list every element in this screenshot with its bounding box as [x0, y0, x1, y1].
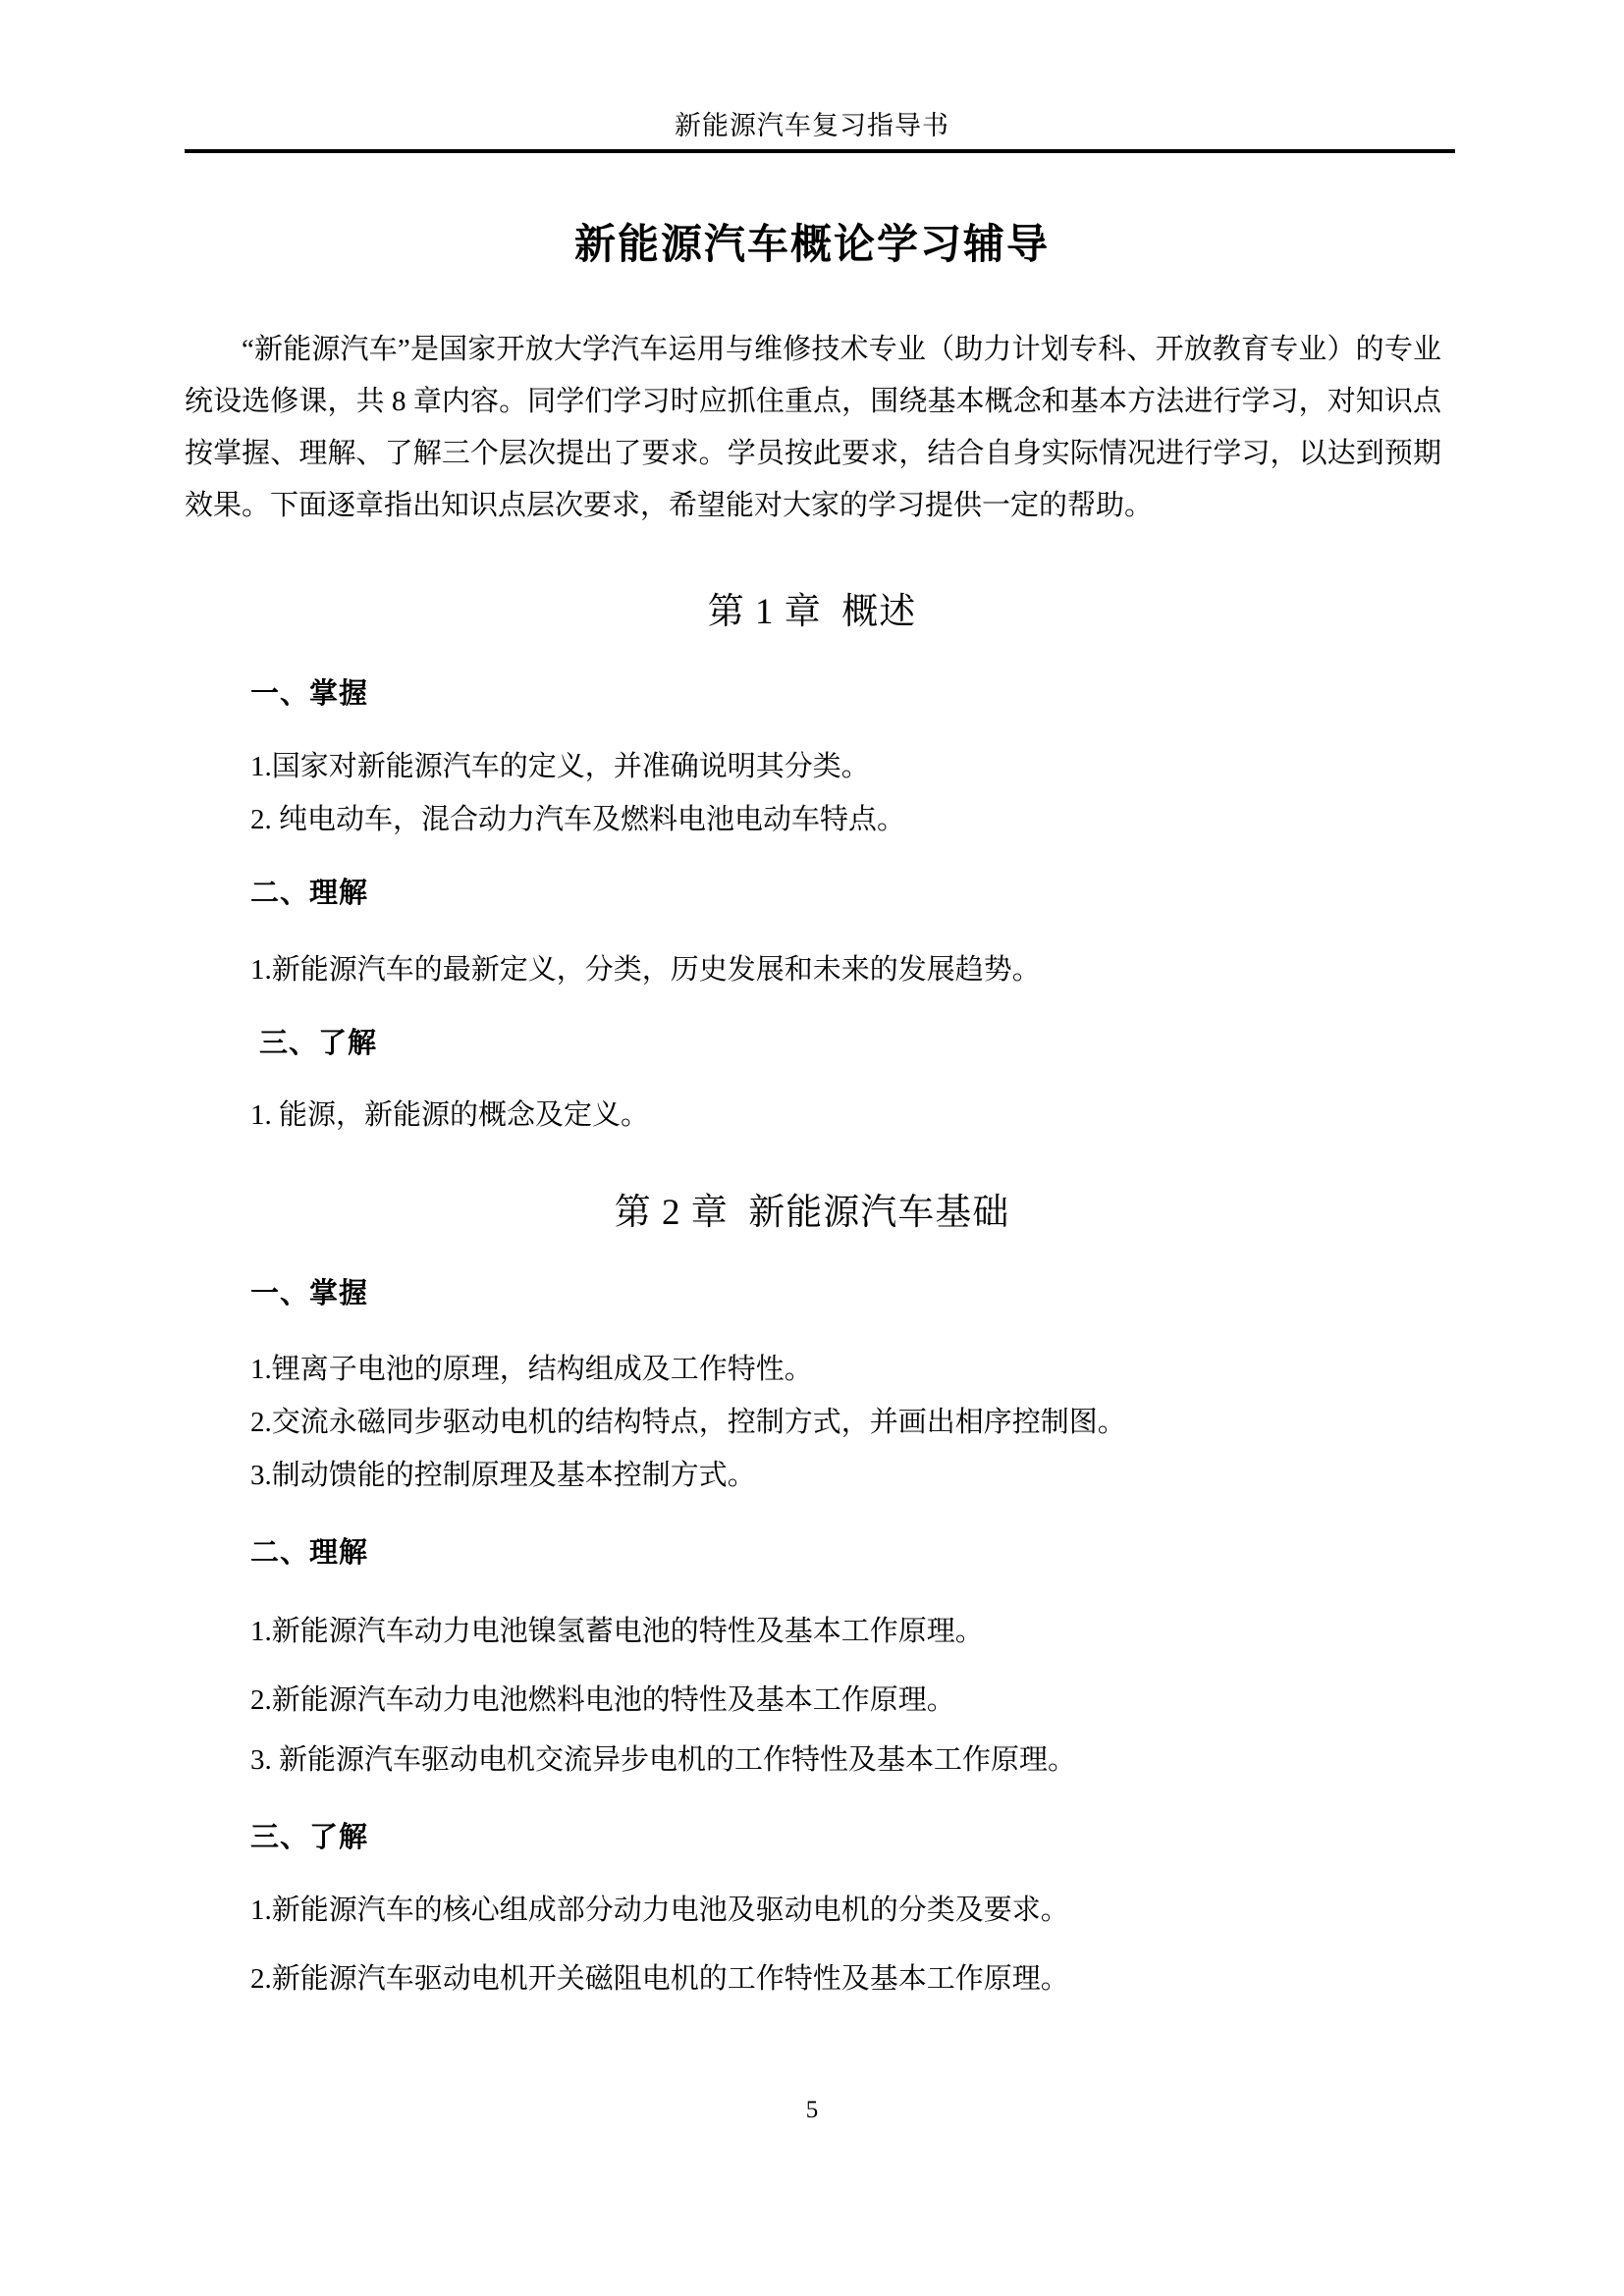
- list-item: 1.国家对新能源汽车的定义，并准确说明其分类。: [250, 748, 1448, 785]
- list-item: 1.新能源汽车的最新定义，分类，历史发展和未来的发展趋势。: [250, 951, 1448, 988]
- list-item: 1.锂离子电池的原理，结构组成及工作特性。: [250, 1351, 1448, 1388]
- list-item: 2.交流永磁同步驱动电机的结构特点，控制方式，并画出相序控制图。: [250, 1404, 1448, 1441]
- running-header: 新能源汽车复习指导书: [0, 108, 1624, 143]
- list-item: 2.新能源汽车驱动电机开关磁阻电机的工作特性及基本工作原理。: [250, 1960, 1448, 1998]
- header-rule: [185, 149, 1455, 153]
- chapter-1-section-understand-heading: 二、理解: [250, 875, 368, 912]
- running-header-text: 新能源汽车复习指导书: [675, 111, 949, 140]
- list-item: 3. 新能源汽车驱动电机交流异步电机的工作特性及基本工作原理。: [250, 1741, 1448, 1779]
- chapter-1-title: 第 1 章 概述: [0, 581, 1624, 634]
- chapter-1-section-grasp-heading: 一、掌握: [250, 675, 368, 713]
- list-item: 1.新能源汽车的核心组成部分动力电池及驱动电机的分类及要求。: [250, 1892, 1448, 1929]
- chapter-2-title: 第 2 章 新能源汽车基础: [0, 1182, 1624, 1235]
- chapter-2-section-understand-heading: 二、理解: [250, 1534, 368, 1572]
- document-page: 新能源汽车复习指导书 新能源汽车概论学习辅导 “新能源汽车”是国家开放大学汽车运…: [0, 0, 1624, 2296]
- list-item: 2. 纯电动车，混合动力汽车及燃料电池电动车特点。: [250, 801, 1448, 838]
- intro-paragraph: “新能源汽车”是国家开放大学汽车运用与维修技术专业（助力计划专科、开放教育专业）…: [185, 324, 1441, 532]
- chapter-2-section-know-heading: 三、了解: [250, 1819, 368, 1856]
- list-item: 3.制动馈能的控制原理及基本控制方式。: [250, 1457, 1448, 1494]
- page-number: 5: [0, 2097, 1624, 2124]
- chapter-2-section-grasp-heading: 一、掌握: [250, 1275, 368, 1312]
- document-title: 新能源汽车概论学习辅导: [0, 212, 1624, 271]
- list-item: 2.新能源汽车动力电池燃料电池的特性及基本工作原理。: [250, 1682, 1448, 1719]
- list-item: 1. 能源，新能源的概念及定义。: [250, 1096, 1448, 1134]
- chapter-1-section-know-heading: 三、了解: [259, 1025, 377, 1062]
- list-item: 1.新能源汽车动力电池镍氢蓄电池的特性及基本工作原理。: [250, 1613, 1448, 1650]
